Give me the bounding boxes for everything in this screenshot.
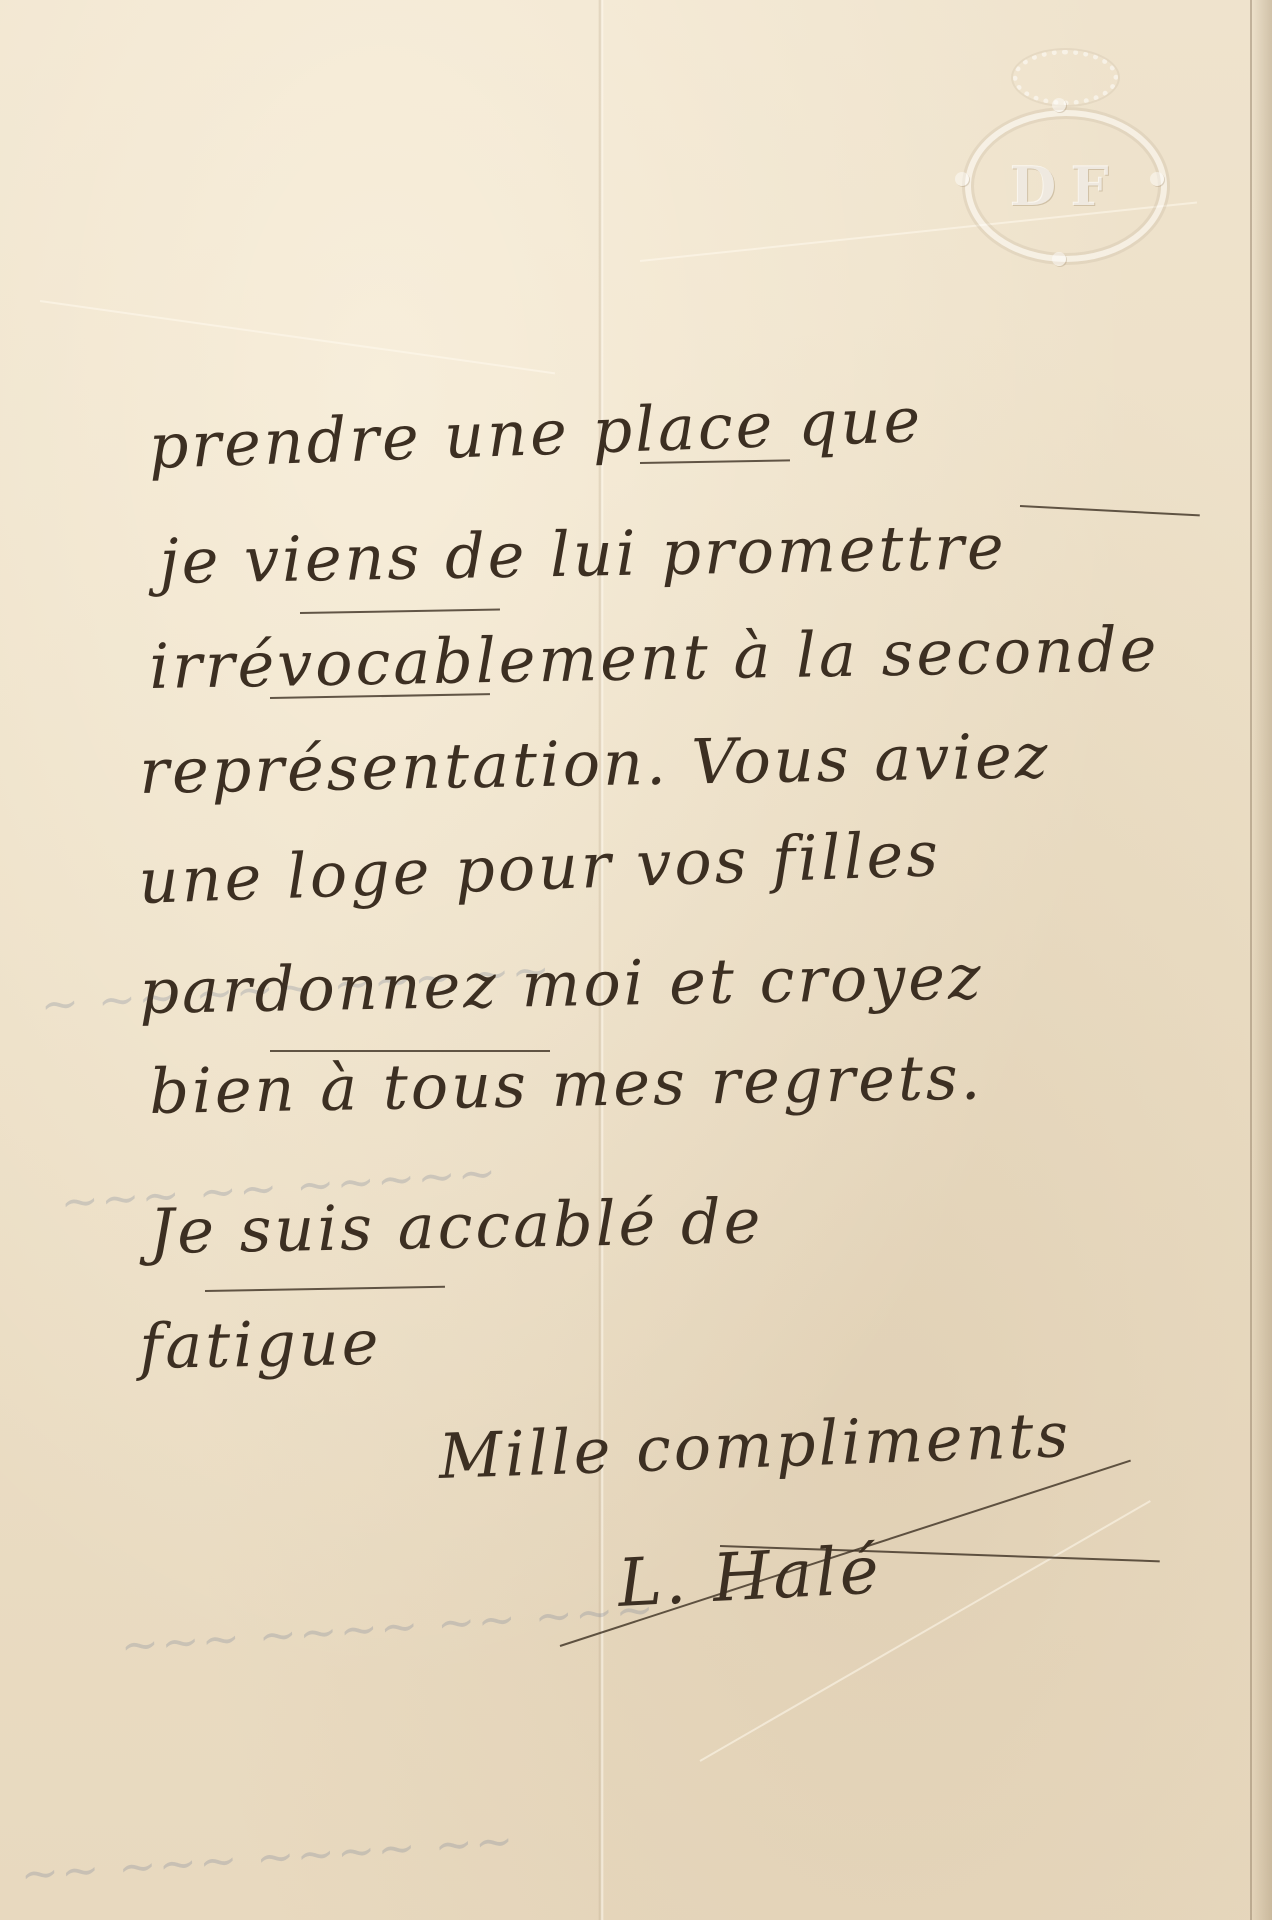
paper-crease [40, 300, 555, 374]
letter-line: je viens de lui promettre [159, 510, 1007, 598]
letter-line: une loge pour vos filles [137, 817, 942, 918]
t-cross-flourish [270, 1050, 550, 1052]
emboss-ornament [955, 172, 969, 186]
letter-closing: Mille compliments [437, 1398, 1072, 1493]
letter-line: représentation. Vous aviez [139, 719, 1051, 808]
letter-line: irrévocablement à la seconde [149, 612, 1160, 703]
t-cross-flourish [1020, 505, 1200, 516]
bleed-through-text: ~~ ~~~ ~~~~ ~~ [19, 1813, 517, 1901]
paper-edge-shadow [1250, 0, 1272, 1920]
embossed-monogram: DF [965, 110, 1167, 262]
letter-line: prendre une place que [147, 383, 924, 483]
signature: L. Halé [616, 1531, 884, 1622]
letter-line: fatigue [139, 1306, 382, 1383]
letter-page: ~ ~~ ~~~ ~~~ ~~ ~~~ ~~ ~~~~~ ~~~ ~~~~ ~~… [0, 0, 1272, 1920]
emboss-ornament [1052, 252, 1066, 266]
t-cross-flourish [205, 1286, 445, 1292]
emboss-ornament [1052, 98, 1066, 112]
bleed-through-text: ~~~ ~~~~ ~~ ~~~ [119, 1581, 658, 1672]
emboss-ornament [1150, 172, 1164, 186]
monogram-letters: DF [1009, 154, 1122, 218]
letter-line: pardonnez moi et croyez [139, 940, 984, 1028]
letter-line: bien à tous mes regrets. [149, 1040, 984, 1128]
paper-edge [1250, 0, 1252, 1920]
embossed-crest-top [1013, 50, 1118, 105]
letter-line: Je suis accablé de [149, 1184, 764, 1268]
t-cross-flourish [300, 609, 500, 614]
